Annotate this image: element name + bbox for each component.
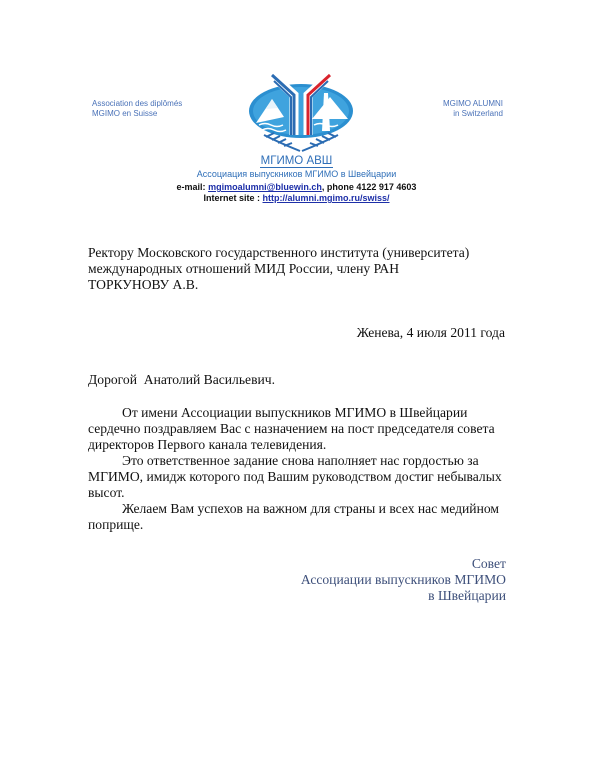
phone-text: , phone 4122 917 4603	[322, 182, 417, 192]
signature-line: Совет	[301, 556, 506, 572]
letterhead-right-text: MGIMO ALUMNI in Switzerland	[443, 99, 503, 119]
right-line-1: MGIMO ALUMNI	[443, 99, 503, 109]
association-name: Ассоциация выпускников МГИМО в Швейцарии	[0, 169, 593, 179]
addressee-line: ТОРКУНОВУ А.В.	[88, 277, 469, 293]
right-line-2: in Switzerland	[443, 109, 503, 119]
signature-line: в Швейцарии	[301, 588, 506, 604]
addressee-line: международных отношений МИД России, член…	[88, 261, 469, 277]
contact-info: e-mail: mgimoalumni@bluewin.ch, phone 41…	[0, 182, 593, 204]
association-abbreviation: МГИМО АВШ	[0, 155, 593, 167]
paragraph: От имени Ассоциации выпускников МГИМО в …	[88, 405, 518, 453]
addressee-block: Ректору Московского государственного инс…	[88, 245, 469, 293]
signature-block: Совет Ассоциации выпускников МГИМО в Шве…	[301, 556, 506, 604]
left-line-1: Association des diplômés	[92, 99, 182, 109]
greeting: Дорогой Анатолий Васильевич.	[88, 372, 275, 388]
letterhead-left-text: Association des diplômés MGIMO en Suisse	[92, 99, 182, 119]
abbreviation-text: МГИМО АВШ	[260, 155, 334, 168]
addressee-line: Ректору Московского государственного инс…	[88, 245, 469, 261]
website-link[interactable]: http://alumni.mgimo.ru/swiss/	[263, 193, 390, 203]
signature-line: Ассоциации выпускников МГИМО	[301, 572, 506, 588]
email-label: e-mail:	[177, 182, 206, 192]
email-link[interactable]: mgimoalumni@bluewin.ch	[208, 182, 322, 192]
mgimo-alumni-logo-icon	[244, 73, 358, 153]
site-line: Internet site : http://alumni.mgimo.ru/s…	[0, 193, 593, 204]
site-label: Internet site :	[203, 193, 260, 203]
paragraph: Желаем Вам успехов на важном для страны …	[88, 501, 518, 533]
letter-date: Женева, 4 июля 2011 года	[357, 325, 505, 341]
letter-body: От имени Ассоциации выпускников МГИМО в …	[88, 405, 518, 533]
left-line-2: MGIMO en Suisse	[92, 109, 182, 119]
email-line: e-mail: mgimoalumni@bluewin.ch, phone 41…	[0, 182, 593, 193]
paragraph: Это ответственное задание снова наполняе…	[88, 453, 518, 501]
